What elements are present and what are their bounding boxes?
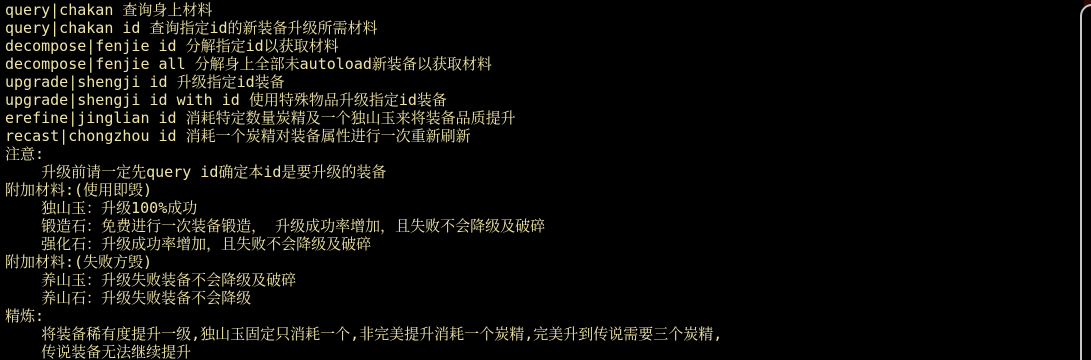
terminal-line: 将装备稀有度提升一级,独山玉固定只消耗一个,非完美提升消耗一个炭精,完美升到传说… [5, 325, 1076, 343]
terminal-section-header-refine: 精炼: [5, 307, 1076, 325]
terminal-output: query|chakan 查询身上材料 query|chakan id 查询指定… [0, 0, 1076, 360]
terminal-line: decompose|fenjie id 分解指定id以获取材料 [5, 37, 1076, 55]
window-frame-edge [1080, 4, 1091, 360]
terminal-line: 升级前请一定先query id确定本id是要升级的装备 [5, 163, 1076, 181]
terminal-section-header-materials-use: 附加材料:(使用即毁) [5, 181, 1076, 199]
terminal-line: erefine|jinglian id 消耗特定数量炭精及一个独山玉来将装备品质… [5, 109, 1076, 127]
terminal-line: recast|chongzhou id 消耗一个炭精对装备属性进行一次重新刷新 [5, 127, 1076, 145]
terminal-line: 养山石：升级失败装备不会降级 [5, 289, 1076, 307]
terminal-line: upgrade|shengji id 升级指定id装备 [5, 73, 1076, 91]
terminal-line: 锻造石：免费进行一次装备锻造， 升级成功率增加，且失败不会降级及破碎 [5, 217, 1076, 235]
terminal-line: 独山玉：升级100%成功 [5, 199, 1076, 217]
terminal-section-header-notice: 注意: [5, 145, 1076, 163]
terminal-line: decompose|fenjie all 分解身上全部未autoload新装备以… [5, 55, 1076, 73]
terminal-line: 传说装备无法继续提升 [5, 343, 1076, 360]
terminal-line: query|chakan id 查询指定id的新装备升级所需材料 [5, 19, 1076, 37]
terminal-line: query|chakan 查询身上材料 [5, 1, 1076, 19]
terminal-line: 强化石：升级成功率增加，且失败不会降级及破碎 [5, 235, 1076, 253]
terminal-line: upgrade|shengji id with id 使用特殊物品升级指定id装… [5, 91, 1076, 109]
terminal-section-header-materials-fail: 附加材料:(失败方毁) [5, 253, 1076, 271]
terminal-line: 养山玉：升级失败装备不会降级及破碎 [5, 271, 1076, 289]
